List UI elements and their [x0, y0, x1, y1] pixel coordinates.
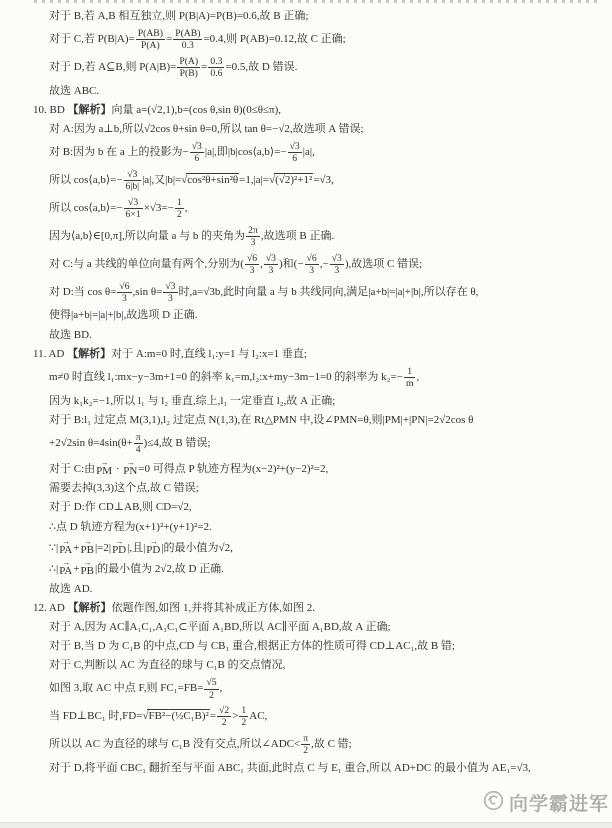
watermark-text: 向学霸进军 — [509, 789, 609, 816]
solution-line: +2√2sin θ=4sin(θ+π4)≤4,故 B 错误; — [0, 432, 612, 455]
solution-line: 故选 BD. — [0, 328, 612, 343]
solution-line: ∴点 D 轨迹方程为(x+1)²+(y+1)²=2. — [0, 520, 612, 535]
scanned-solution-page: 对于 B,若 A,B 相互独立,则 P(B|A)=P(B)=0.6,故 B 正确… — [0, 0, 612, 828]
solution-document: 对于 B,若 A,B 相互独立,则 P(B|A)=P(B)=0.6,故 B 正确… — [0, 9, 612, 780]
fraction: √63 — [245, 253, 259, 276]
square-root: √(√2)²+1² — [269, 174, 313, 186]
fraction: √63 — [305, 253, 319, 276]
vector: →PD — [146, 539, 160, 556]
vector: →PB — [80, 539, 93, 556]
fraction: π2 — [301, 733, 310, 756]
square-root: √FB²−(½C₁B)² — [142, 710, 209, 722]
vector: →PN — [123, 460, 137, 477]
solution-line: 对于 D,将平面 CBC₁ 翻折至与平面 ABC₁ 共面,此时点 C 与 E₁ … — [0, 761, 612, 776]
fraction: √36 — [288, 141, 302, 164]
solution-line: m≠0 时直线 l₁:mx−y−3m+1=0 的斜率 k₁=m,l₂:x+my−… — [0, 366, 612, 389]
fraction: 12 — [239, 705, 248, 728]
vector: →PB — [80, 560, 93, 577]
fraction: P(AB)0.3 — [173, 28, 202, 51]
solution-line: 对于 C,若 P(B|A)=P(AB)P(A)=P(AB)0.3=0.4,则 P… — [0, 28, 612, 51]
vector: →PA — [59, 539, 72, 556]
solution-line: 因为 k₁k₂=−1,所以 l₁ 与 l₂ 垂直,综上,l₁ 一定垂直 l₂,故… — [0, 394, 612, 409]
fraction: 0.30.6 — [208, 56, 224, 79]
solution-line: ∵|→PA+→PB|=2|→PD|,且|→PD|的最小值为√2, — [0, 539, 612, 556]
solution-line: 需要去掉(3,3)这个点,故 C 错误; — [0, 481, 612, 496]
solution-line: 对 B:因为 b 在 a 上的投影为−√36|a|,即|b|cos⟨a,b⟩=−… — [0, 141, 612, 164]
solution-line: 对于 B:l₁ 过定点 M(3,1),l₂ 过定点 N(1,3),在 Rt△PM… — [0, 413, 612, 428]
fraction: π4 — [134, 432, 143, 455]
fraction: √52 — [204, 677, 218, 700]
solution-line: 所以 cos⟨a,b⟩=−√36|b||a|,又|b|=√cos²θ+sin²θ… — [0, 169, 612, 192]
fraction: √36×1 — [124, 197, 143, 220]
fraction: √36 — [190, 141, 204, 164]
solution-line: 对 D:当 cos θ=√63,sin θ=√33时,a=√3b,此时向量 a … — [0, 281, 612, 304]
solution-line: 对于 D,若 A⊆B,则 P(A|B)=P(A)P(B)=0.30.6=0.5,… — [0, 56, 612, 79]
square-root: √cos²θ+sin²θ — [181, 174, 239, 186]
fraction: √33 — [163, 281, 177, 304]
solution-line: 故选 ABC. — [0, 84, 612, 99]
page-top-cutoff-text — [34, 0, 600, 3]
solution-line: 所以 cos⟨a,b⟩=−√36×1×√3=−12, — [0, 197, 612, 220]
solution-line: 对于 B,若 A,B 相互独立,则 P(B|A)=P(B)=0.6,故 B 正确… — [0, 9, 612, 24]
solution-line: 10. BD 【解析】向量 a=(√2,1),b=(cos θ,sin θ)(0… — [0, 103, 612, 118]
publisher-watermark: 向学霸进军 — [483, 789, 609, 816]
fraction: P(A)P(B) — [177, 56, 200, 79]
solution-line: 对于 B,当 D 为 C₁B 的中点,CD 与 CB₁ 重合,根据正方体的性质可… — [0, 639, 612, 654]
solution-line: 对于 D:作 CD⊥AB,则 CD=√2, — [0, 500, 612, 515]
solution-line: 当 FD⊥BC₁ 时,FD=√FB²−(½C₁B)²=√22>12AC, — [0, 705, 612, 728]
fraction: 1m — [404, 366, 416, 389]
watermark-swirl-logo-icon — [483, 790, 504, 816]
solution-line: 11. AD 【解析】对于 A:m=0 时,直线 l₁:y=1 与 l₂:x=1… — [0, 347, 612, 362]
solution-line: 所以以 AC 为直径的球与 C₁B 没有交点,所以∠ADC<π2,故 C 错; — [0, 733, 612, 756]
vector: →PD — [112, 539, 126, 556]
fraction: √36|b| — [124, 169, 142, 192]
solution-line: 12. AD 【解析】依题作图,如图 1,并将其补成正方体,如图 2. — [0, 601, 612, 616]
solution-line: 对于 A,因为 AC∥A₁C₁,A₁C₁⊂平面 A₁BD,所以 AC∥平面 A₁… — [0, 620, 612, 635]
vector: →PM — [96, 460, 112, 477]
solution-line: 对 A:因为 a⊥b,所以√2cos θ+sin θ=0,所以 tan θ=−√… — [0, 122, 612, 137]
fraction: 2π3 — [246, 225, 260, 248]
fraction: 12 — [175, 197, 184, 220]
fraction: √33 — [264, 253, 278, 276]
fraction: √22 — [217, 705, 231, 728]
page-bottom-edge — [0, 822, 612, 828]
solution-line: 因为⟨a,b⟩∈[0,π],所以向量 a 与 b 的夹角为2π3,故选项 B 正… — [0, 225, 612, 248]
solution-line: 对 C:与 a 共线的单位向量有两个,分别为(√63,√33)和(−√63,−√… — [0, 253, 612, 276]
solution-line: 如图 3,取 AC 中点 F,则 FC₁=FB=√52, — [0, 677, 612, 700]
fraction: √63 — [117, 281, 131, 304]
fraction: √33 — [330, 253, 344, 276]
solution-line: 故选 AD. — [0, 582, 612, 597]
solution-line: ∴|→PA+→PB|的最小值为 2√2,故 D 正确. — [0, 560, 612, 577]
fraction: P(AB)P(A) — [136, 28, 165, 51]
solution-line: 使得|a+b|=|a|+|b|,故选项 D 正确. — [0, 308, 612, 323]
solution-line: 对于 C,判断以 AC 为直径的球与 C₁B 的交点情况, — [0, 658, 612, 673]
solution-line: 对于 C:由→PM · →PN=0 可得点 P 轨迹方程为(x−2)²+(y−2… — [0, 460, 612, 477]
vector: →PA — [59, 560, 72, 577]
